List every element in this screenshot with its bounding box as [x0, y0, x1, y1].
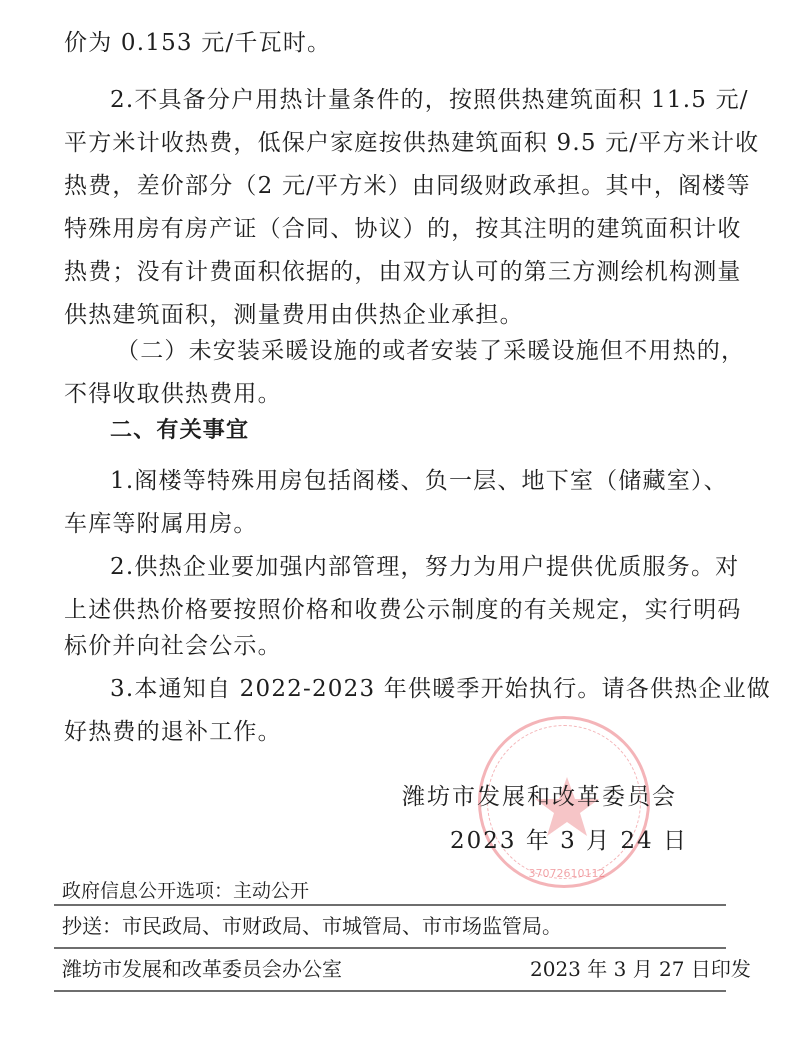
body-line: 上述供热价格要按照价格和收费公示制度的有关规定，实行明码	[64, 595, 736, 625]
disclosure-option: 政府信息公开选项：主动公开	[62, 878, 309, 904]
body-line: 特殊用房有房产证（合同、协议）的，按其注明的建筑面积计收	[64, 214, 736, 244]
cc-recipients: 抄送：市民政局、市财政局、市城管局、市市场监管局。	[62, 913, 562, 939]
body-line: 平方米计收热费，低保户家庭按供热建筑面积 9.5 元/平方米计收	[64, 128, 736, 158]
footer-rule	[54, 990, 726, 992]
body-line: 标价并向社会公示。	[64, 631, 736, 661]
body-line: 供热建筑面积，测量费用由供热企业承担。	[64, 300, 736, 330]
svg-text:37072610112: 37072610112	[529, 867, 606, 880]
signature-organization: 潍坊市发展和改革委员会	[402, 782, 677, 812]
document-page: 价为 0.153 元/千瓦时。 2.不具备分户用热计量条件的，按照供热建筑面积 …	[0, 0, 800, 1058]
body-line: 不得收取供热费用。	[64, 379, 736, 409]
body-line: 车库等附属用房。	[64, 509, 736, 539]
body-line: （二）未安装采暖设施的或者安装了采暖设施但不用热的，	[116, 336, 788, 366]
body-line: 热费；没有计费面积依据的，由双方认可的第三方测绘机构测量	[64, 257, 736, 287]
issuing-office: 潍坊市发展和改革委员会办公室	[62, 956, 342, 982]
footer-rule	[54, 904, 726, 906]
signature-date: 2023 年 3 月 24 日	[450, 826, 688, 856]
issue-date: 2023 年 3 月 27 日印发	[530, 956, 751, 982]
footer-rule	[54, 947, 726, 949]
body-line: 价为 0.153 元/千瓦时。	[64, 28, 736, 58]
body-line: 3.本通知自 2022-2023 年供暖季开始执行。请各供热企业做	[110, 674, 782, 704]
body-line: 1.阁楼等特殊用房包括阁楼、负一层、地下室（储藏室）、	[110, 466, 782, 496]
body-line: 热费，差价部分（2 元/平方米）由同级财政承担。其中，阁楼等	[64, 171, 736, 201]
body-line: 2.不具备分户用热计量条件的，按照供热建筑面积 11.5 元/	[110, 85, 782, 115]
body-line: 2.供热企业要加强内部管理，努力为用户提供优质服务。对	[110, 552, 782, 582]
section-heading: 二、有关事宜	[110, 416, 782, 446]
